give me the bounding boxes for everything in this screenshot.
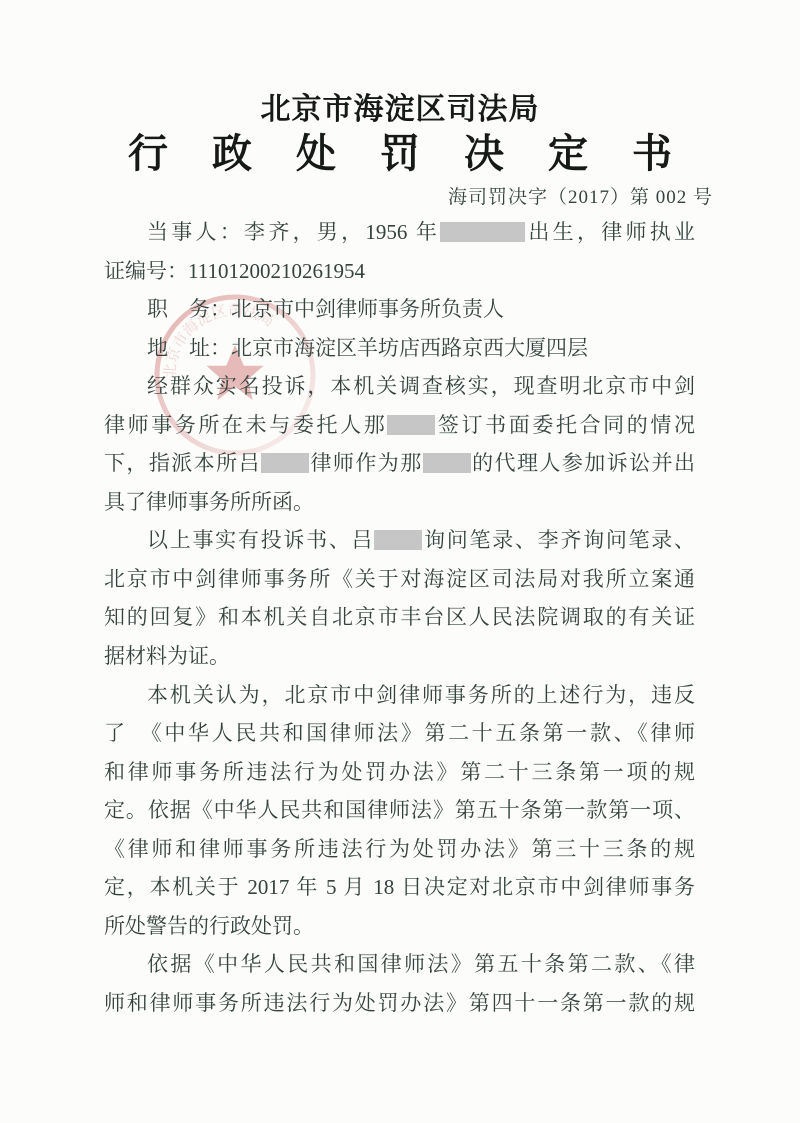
text-line: 当事人：李齐，男，1956 年出生，律师执业 — [104, 213, 695, 252]
text-segment: 知的回复》和本机关自北京市丰台区人民法院调取的有关证 — [104, 605, 695, 629]
text-segment: 询问笔录、李齐询问笔录、 — [422, 528, 695, 552]
text-segment: 定，本机关于 2017 年 5 月 18 日决定对北京市中剑律师事务 — [104, 875, 695, 899]
document-title: 行政处罚决定书 — [0, 122, 800, 179]
text-line: 本机关认为，北京市中剑律师事务所的上述行为，违反 — [104, 676, 695, 715]
text-line: 证编号：11101200210261954 — [104, 252, 695, 291]
text-segment: 律师作为那 — [309, 451, 423, 475]
redaction-box — [387, 415, 435, 435]
text-segment: 下，指派本所吕 — [104, 451, 261, 475]
text-line: 职 务：北京市中剑律师事务所负责人 — [104, 290, 695, 329]
text-segment: 签订书面委托合同的情况 — [435, 413, 695, 437]
text-segment: 律师事务所在未与委托人那 — [104, 413, 387, 437]
text-segment: 依据《中华人民共和国律师法》第五十条第二款、《律 — [147, 952, 695, 976]
redaction-box — [423, 453, 471, 473]
text-line: 具了律师事务所所函。 — [104, 483, 695, 522]
text-line: 《律师和律师事务所违法行为处罚办法》第三十三条的规 — [104, 830, 695, 869]
text-line: 师和律师事务所违法行为处罚办法》第四十一条第一款的规 — [104, 984, 695, 1023]
text-segment: 北京市中剑律师事务所《关于对海淀区司法局对我所立案通 — [104, 567, 695, 591]
text-segment: 师和律师事务所违法行为处罚办法》第四十一条第一款的规 — [104, 991, 695, 1015]
text-line: 了 《中华人民共和国律师法》第二十五条第一款、《律师 — [104, 714, 695, 753]
text-segment: 当事人：李齐，男，1956 年 — [147, 220, 440, 244]
text-segment: 定。依据《中华人民共和国律师法》第五十条第一款第一项、 — [104, 798, 695, 822]
text-line: 定。依据《中华人民共和国律师法》第五十条第一款第一项、 — [104, 791, 695, 830]
redaction-box — [440, 222, 525, 242]
redaction-box — [374, 530, 422, 550]
text-line: 所处警告的行政处罚。 — [104, 907, 695, 946]
text-line: 下，指派本所吕律师作为那的代理人参加诉讼并出 — [104, 444, 695, 483]
document-number: 海司罚决字（2017）第 002 号 — [0, 182, 713, 209]
redaction-box — [261, 453, 309, 473]
text-line: 经群众实名投诉，本机关调查核实，现查明北京市中剑 — [104, 367, 695, 406]
text-line: 依据《中华人民共和国律师法》第五十条第二款、《律 — [104, 945, 695, 984]
text-segment: 本机关认为，北京市中剑律师事务所的上述行为，违反 — [147, 683, 695, 707]
text-segment: 的代理人参加诉讼并出 — [471, 451, 695, 475]
text-line: 地 址：北京市海淀区羊坊店西路京西大厦四层 — [104, 329, 695, 368]
document-body: 当事人：李齐，男，1956 年出生，律师执业证编号：11101200210261… — [104, 213, 695, 1022]
text-segment: 和律师事务所违法行为处罚办法》第二十三条第一项的规 — [104, 760, 695, 784]
text-segment: 职 务：北京市中剑律师事务所负责人 — [147, 297, 504, 321]
text-line: 据材料为证。 — [104, 637, 695, 676]
text-segment: 了 《中华人民共和国律师法》第二十五条第一款、《律师 — [104, 721, 695, 745]
document-page: 北京市海淀区司法局 北京市海淀区司法局 行政处罚决定书 海司罚决字（2017）第… — [0, 0, 800, 1123]
text-line: 定，本机关于 2017 年 5 月 18 日决定对北京市中剑律师事务 — [104, 868, 695, 907]
text-segment: 地 址：北京市海淀区羊坊店西路京西大厦四层 — [147, 336, 588, 360]
text-line: 和律师事务所违法行为处罚办法》第二十三条第一项的规 — [104, 753, 695, 792]
text-segment: 据材料为证。 — [104, 644, 230, 668]
text-segment: 具了律师事务所所函。 — [104, 490, 314, 514]
text-segment: 出生，律师执业 — [525, 220, 695, 244]
text-segment: 经群众实名投诉，本机关调查核实，现查明北京市中剑 — [147, 374, 695, 398]
text-segment: 《律师和律师事务所违法行为处罚办法》第三十三条的规 — [104, 837, 695, 861]
text-line: 以上事实有投诉书、吕询问笔录、李齐询问笔录、 — [104, 521, 695, 560]
text-line: 北京市中剑律师事务所《关于对海淀区司法局对我所立案通 — [104, 560, 695, 599]
text-segment: 证编号：11101200210261954 — [104, 259, 365, 283]
text-line: 律师事务所在未与委托人那签订书面委托合同的情况 — [104, 406, 695, 445]
text-segment: 以上事实有投诉书、吕 — [147, 528, 374, 552]
text-segment: 所处警告的行政处罚。 — [104, 914, 314, 938]
text-line: 知的回复》和本机关自北京市丰台区人民法院调取的有关证 — [104, 598, 695, 637]
